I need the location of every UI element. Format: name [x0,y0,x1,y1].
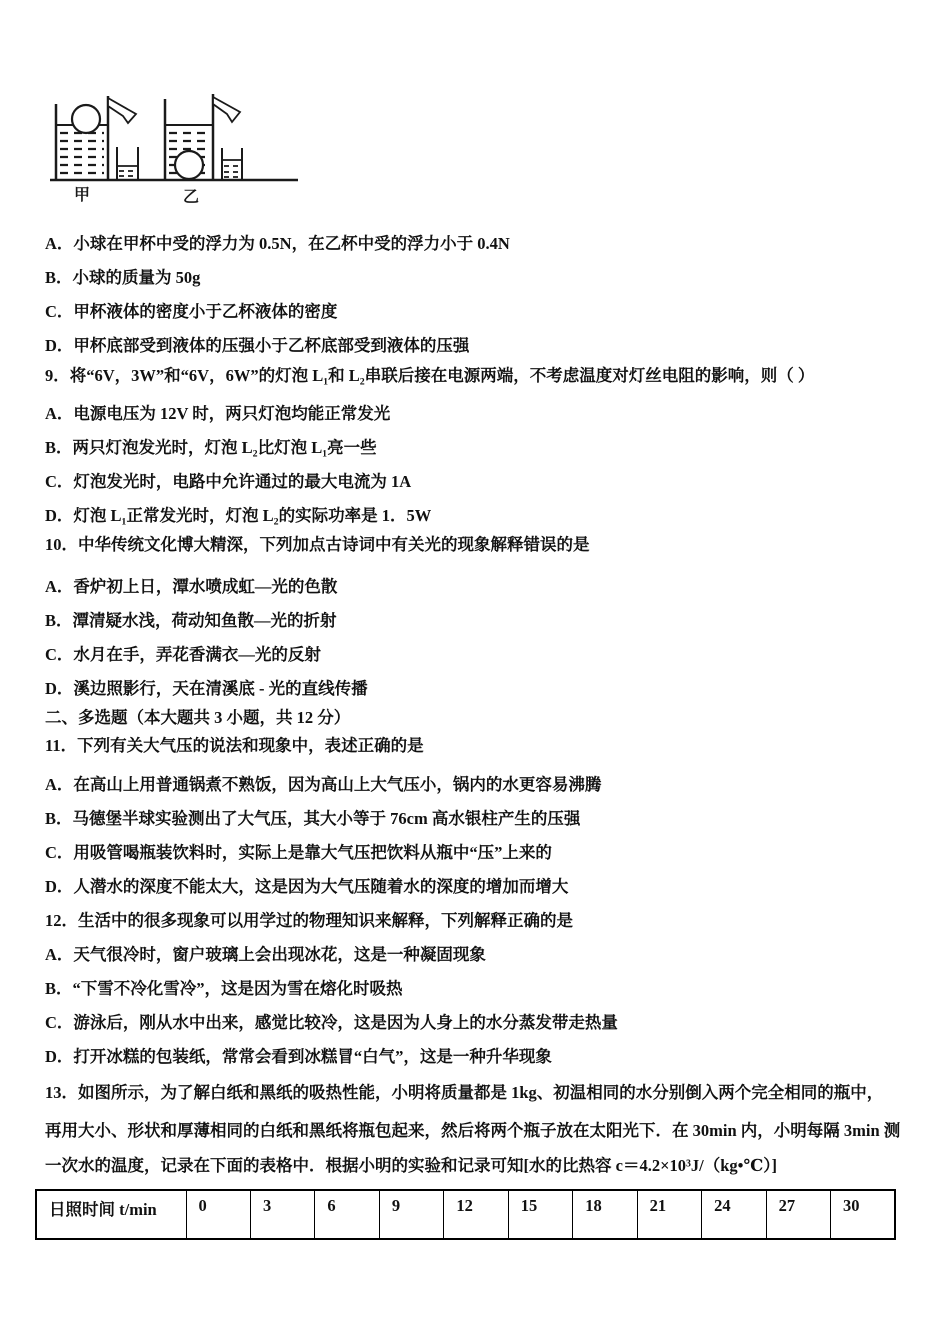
table-value-cell: 3 [250,1190,314,1239]
question11-option-b: B．马德堡半球实验测出了大气压，其大小等于 76cm 高水银柱产生的压强 [45,808,930,830]
question8-option-a: A．小球在甲杯中受的浮力为 0.5N，在乙杯中受的浮力小于 0.4N [45,233,930,255]
question13-line-1: 13．如图所示，为了解白纸和黑纸的吸热性能，小明将质量都是 1kg、初温相同的水… [45,1082,930,1104]
question8-option-c: C．甲杯液体的密度小于乙杯液体的密度 [45,301,930,323]
question12-option-a: A．天气很冷时，窗户玻璃上会出现冰花，这是一种凝固现象 [45,944,930,966]
label-jia: 甲 [74,186,90,204]
table-value-cell: 30 [831,1190,895,1239]
overflow-cup-left [117,147,138,180]
question10-option-a: A．香炉初上日，潭水喷成虹—光的色散 [45,576,930,598]
table-value-cell: 24 [702,1190,766,1239]
question9-option-a: A．电源电压为 12V 时，两只灯泡均能正常发光 [45,403,930,425]
table-value-cell: 27 [766,1190,830,1239]
question12-option-b: B．“下雪不冷化雪冷”，这是因为雪在熔化时吸热 [45,978,930,1000]
table-row: 日照时间 t/min 0 3 6 9 12 15 18 21 24 27 30 [36,1190,895,1239]
question12-option-c: C．游泳后，刚从水中出来，感觉比较冷，这是因为人身上的水分蒸发带走热量 [45,1012,930,1034]
question11-option-d: D．人潜水的深度不能太大，这是因为大气压随着水的深度的增加而增大 [45,876,930,898]
table-header-cell: 日照时间 t/min [36,1190,186,1239]
ball-floating [72,105,100,133]
question12-stem: 12．生活中的很多现象可以用学过的物理知识来解释，下列解释正确的是 [45,910,930,932]
question8-option-b: B．小球的质量为 50g [45,267,930,289]
question13-line-3: 一次水的温度，记录在下面的表格中．根据小明的实验和记录可知[水的比热容 c＝4.… [45,1155,930,1177]
question11-stem: 11．下列有关大气压的说法和现象中，表述正确的是 [45,735,930,757]
table-value-cell: 0 [186,1190,250,1239]
label-yi: 乙 [183,188,199,206]
beaker-yi [165,94,242,180]
question9-option-b: B．两只灯泡发光时，灯泡 L₂比灯泡 L₁亮一些 [45,437,930,459]
question12-option-d: D．打开冰糕的包装纸，常常会看到冰糕冒“白气”，这是一种升华现象 [45,1046,930,1068]
section2-header: 二、多选题（本大题共 3 小题，共 12 分） [45,707,930,729]
table-value-cell: 12 [444,1190,508,1239]
beaker-jia [56,96,138,180]
question10-option-d: D．溪边照影行，天在清溪底 - 光的直线传播 [45,678,930,700]
spout-left [108,98,136,123]
sunlight-time-table: 日照时间 t/min 0 3 6 9 12 15 18 21 24 27 30 [35,1189,896,1240]
spout-right [213,97,240,122]
question9-stem: 9．将“6V，3W”和“6V，6W”的灯泡 L₁和 L₂串联后接在电源两端，不考… [45,365,930,387]
question10-option-b: B．潭清疑水浅，荷动知鱼散—光的折射 [45,610,930,632]
exam-page: 甲 乙 A．小球在甲杯中受的浮力为 0.5N，在乙杯中受的浮力小于 0.4N B… [0,0,950,1344]
table-value-cell: 15 [508,1190,572,1239]
question9-option-c: C．灯泡发光时，电路中允许通过的最大电流为 1A [45,471,930,493]
exam-text-column: A．小球在甲杯中受的浮力为 0.5N，在乙杯中受的浮力小于 0.4N B．小球的… [45,233,930,1240]
table-value-cell: 18 [573,1190,637,1239]
question11-option-a: A．在高山上用普通锅煮不熟饭，因为高山上大气压小，锅内的水更容易沸腾 [45,774,930,796]
question10-stem: 10．中华传统文化博大精深，下列加点古诗词中有关光的现象解释错误的是 [45,534,930,556]
question11-option-c: C．用吸管喝瓶装饮料时，实际上是靠大气压把饮料从瓶中“压”上来的 [45,842,930,864]
ball-sunk [175,151,203,179]
question13-line-2: 再用大小、形状和厚薄相同的白纸和黑纸将瓶包起来，然后将两个瓶子放在太阳光下．在 … [45,1120,930,1142]
table-value-cell: 9 [379,1190,443,1239]
overflow-cup-right [222,148,242,180]
table-value-cell: 6 [315,1190,379,1239]
figure-lines [50,94,298,180]
question8-option-d: D．甲杯底部受到液体的压强小于乙杯底部受到液体的压强 [45,335,930,357]
overflow-beakers-figure: 甲 乙 [48,92,303,210]
table-value-cell: 21 [637,1190,701,1239]
question10-option-c: C．水月在手，弄花香满衣—光的反射 [45,644,930,666]
question9-option-d: D．灯泡 L₁正常发光时，灯泡 L₂的实际功率是 1．5W [45,505,930,527]
